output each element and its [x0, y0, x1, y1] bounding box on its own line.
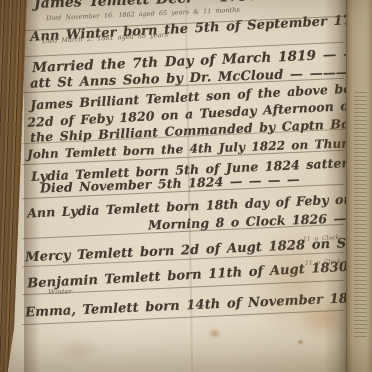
gutter-shadow: [24, 0, 40, 372]
book-binding-edge: [0, 0, 27, 372]
paper-stain: [56, 338, 100, 360]
paper-stain: [208, 328, 221, 339]
adjacent-page-illegible-text: [354, 92, 367, 338]
photo-of-register-page: James Temlett Decr ~ 1797Died November 1…: [0, 0, 372, 372]
page-curve-shadow: [324, 0, 348, 372]
adjacent-page-edge: [346, 0, 372, 372]
paper-stain: [297, 339, 304, 345]
